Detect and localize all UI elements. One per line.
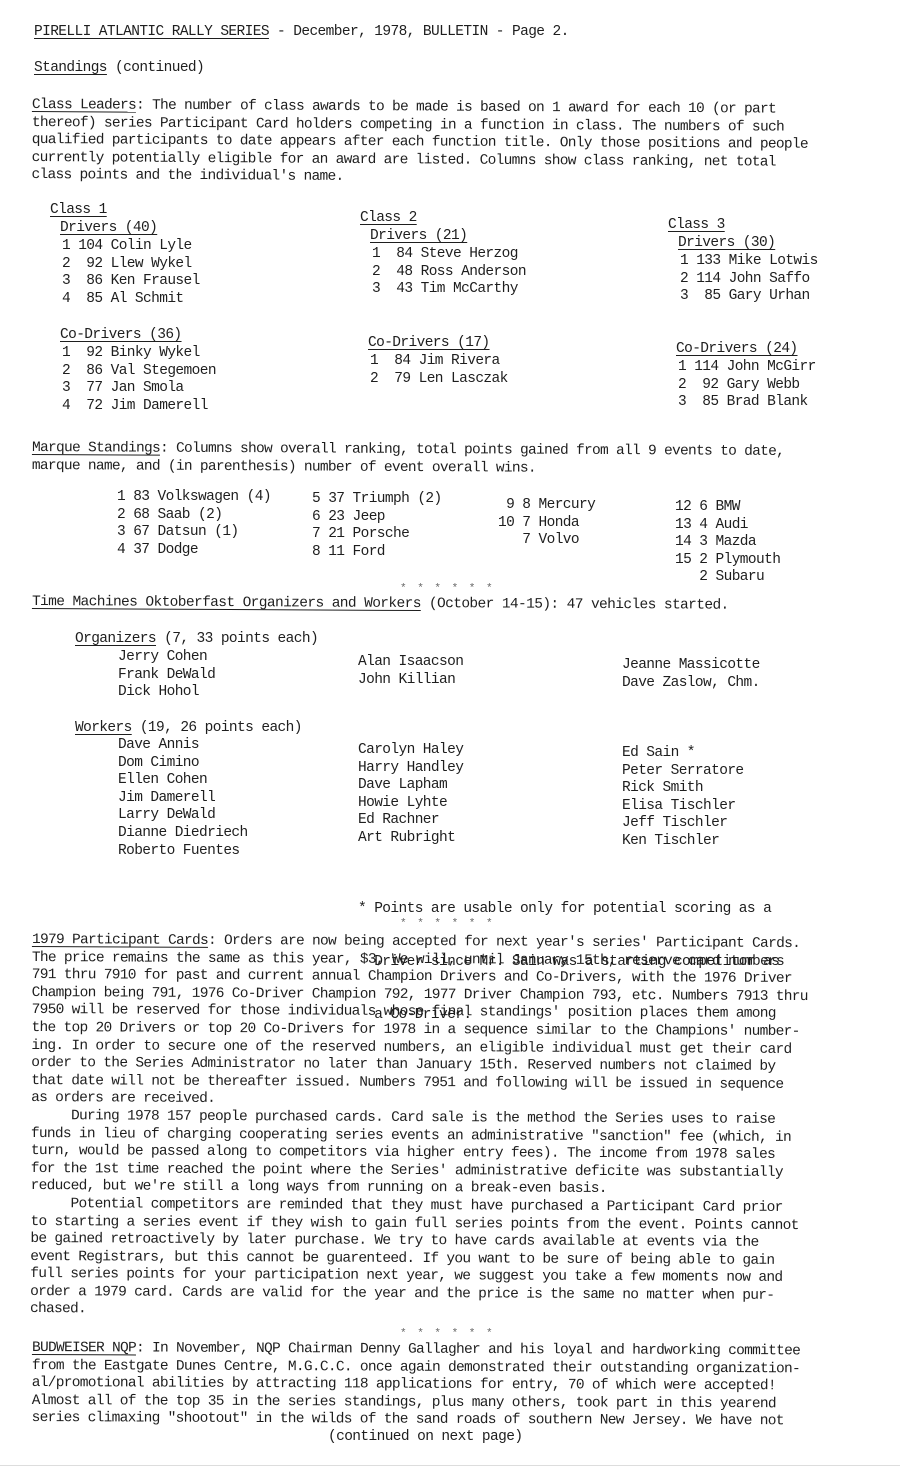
- codriver-entry: 3 85 Brad Blank: [678, 394, 816, 412]
- marque-entry: 15 2 Plymouth: [675, 552, 780, 570]
- budweiser-section: BUDWEISER NQP: In November, NQP Chairman…: [32, 1340, 892, 1432]
- worker-name: Harry Handley: [358, 760, 463, 778]
- worker-name: Ken Tischler: [622, 833, 744, 851]
- marque-entry: 5 37 Triumph (2): [312, 491, 442, 509]
- marque-entry: 3 67 Datsun (1): [117, 524, 271, 542]
- organizer-name: Frank DeWald: [118, 667, 215, 685]
- separator: * * * * * *: [400, 1328, 495, 1340]
- marque-entry: 14 3 Mazda: [675, 534, 780, 552]
- marque-entry: 2 68 Saab (2): [117, 507, 271, 525]
- codrivers-heading: Co-Drivers (24): [676, 341, 798, 357]
- marque-entry: 13 4 Audi: [675, 517, 780, 535]
- worker-name: Roberto Fuentes: [118, 843, 248, 861]
- worker-name: Art Rubright: [358, 830, 463, 848]
- worker-name: Howie Lyhte: [358, 795, 463, 813]
- marque-entry: 8 11 Ford: [312, 544, 442, 562]
- organizer-name: Alan Isaacson: [358, 654, 463, 672]
- codriver-entry: 1 84 Jim Rivera: [370, 353, 508, 371]
- worker-name: Ed Rachner: [358, 812, 463, 830]
- drivers-list: 1 84 Steve Herzog2 48 Ross Anderson3 43 …: [372, 246, 526, 299]
- driver-entry: 3 86 Ken Frausel: [62, 273, 200, 291]
- class-leaders-paragraph: Class Leaders: The number of class award…: [31, 97, 892, 190]
- driver-entry: 4 85 Al Schmit: [62, 291, 200, 309]
- participant-cards-section: 1979 Participant Cards: Orders are now b…: [30, 932, 892, 1324]
- driver-entry: 3 85 Gary Urhan: [680, 288, 818, 306]
- organizer-name: Jeanne Massicotte: [622, 657, 760, 675]
- class-title: Class 2: [360, 210, 417, 226]
- page-edge-rule: [0, 1465, 900, 1466]
- continued-note: (continued on next page): [328, 1429, 522, 1445]
- class-leaders-label: Class Leaders: [32, 97, 136, 114]
- worker-name: Dave Annis: [118, 737, 248, 755]
- codrivers-heading: Co-Drivers (17): [368, 335, 490, 351]
- worker-column: Dave AnnisDom CiminoEllen CohenJim Damer…: [118, 737, 248, 860]
- codrivers-heading: Co-Drivers (36): [60, 327, 182, 343]
- separator: * * * * * *: [400, 583, 495, 595]
- codriver-entry: 2 79 Len Lasczak: [370, 371, 508, 389]
- codriver-entry: 2 86 Val Stegemoen: [62, 363, 216, 381]
- drivers-heading: Drivers (30): [678, 235, 775, 251]
- worker-name: Dave Lapham: [358, 777, 463, 795]
- organizer-name: Dick Hohol: [118, 684, 215, 702]
- worker-name: Ellen Cohen: [118, 772, 248, 790]
- marque-column: 9 8 Mercury10 7 Honda 7 Volvo: [498, 497, 595, 550]
- marque-standings-label: Marque Standings: [32, 440, 160, 457]
- driver-entry: 1 84 Steve Herzog: [372, 246, 526, 264]
- organizer-column: Jerry CohenFrank DeWaldDick Hohol: [118, 649, 215, 702]
- page-header: PIRELLI ATLANTIC RALLY SERIES - December…: [34, 24, 569, 40]
- class-title: Class 1: [50, 202, 107, 218]
- participant-cards-label: 1979 Participant Cards: [32, 932, 208, 949]
- worker-name: Carolyn Haley: [358, 742, 463, 760]
- codrivers-list: 1 114 John McGirr2 92 Gary Webb3 85 Brad…: [678, 359, 816, 412]
- standings-heading: Standings (continued): [34, 60, 204, 76]
- marque-entry: 2 Subaru: [675, 569, 780, 587]
- series-name: PIRELLI ATLANTIC RALLY SERIES: [34, 24, 269, 40]
- worker-name: Jim Damerell: [118, 790, 248, 808]
- marque-column: 12 6 BMW13 4 Audi14 3 Mazda15 2 Plymouth…: [675, 499, 780, 587]
- worker-name: Ed Sain *: [622, 745, 744, 763]
- marque-entry: 1 83 Volkswagen (4): [117, 489, 271, 507]
- worker-name: Dianne Diedriech: [118, 825, 248, 843]
- workers-heading: Workers (19, 26 points each): [75, 720, 302, 736]
- marque-standings-paragraph: Marque Standings: Columns show overall r…: [32, 440, 892, 480]
- marque-column: 1 83 Volkswagen (4)2 68 Saab (2)3 67 Dat…: [117, 489, 271, 559]
- driver-entry: 3 43 Tim McCarthy: [372, 281, 526, 299]
- organizer-column: Jeanne MassicotteDave Zaslow, Chm.: [622, 657, 760, 692]
- time-machines-heading: Time Machines Oktoberfast Organizers and…: [32, 594, 729, 614]
- worker-name: Dom Cimino: [118, 755, 248, 773]
- organizer-name: John Killian: [358, 672, 463, 690]
- drivers-list: 1 104 Colin Lyle2 92 Llew Wykel3 86 Ken …: [62, 238, 200, 308]
- worker-name: Peter Serratore: [622, 763, 744, 781]
- organizer-name: Dave Zaslow, Chm.: [622, 675, 760, 693]
- budweiser-label: BUDWEISER NQP: [32, 1340, 136, 1356]
- codriver-entry: 1 92 Binky Wykel: [62, 345, 216, 363]
- codriver-entry: 4 72 Jim Damerell: [62, 398, 216, 416]
- organizers-heading: Organizers (7, 33 points each): [75, 631, 318, 647]
- driver-entry: 2 114 John Saffo: [680, 271, 818, 289]
- driver-entry: 2 48 Ross Anderson: [372, 264, 526, 282]
- drivers-heading: Drivers (21): [370, 228, 467, 244]
- marque-entry: 9 8 Mercury: [498, 497, 595, 515]
- organizer-column: Alan IsaacsonJohn Killian: [358, 654, 463, 689]
- issue-info: - December, 1978, BULLETIN - Page 2.: [269, 24, 569, 40]
- organizer-name: Jerry Cohen: [118, 649, 215, 667]
- marque-entry: 6 23 Jeep: [312, 509, 442, 527]
- codrivers-list: 1 92 Binky Wykel2 86 Val Stegemoen3 77 J…: [62, 345, 216, 415]
- worker-name: Elisa Tischler: [622, 798, 744, 816]
- marque-entry: 7 21 Porsche: [312, 526, 442, 544]
- marque-entry: 4 37 Dodge: [117, 542, 271, 560]
- driver-entry: 1 133 Mike Lotwis: [680, 253, 818, 271]
- worker-name: Rick Smith: [622, 780, 744, 798]
- driver-entry: 2 92 Llew Wykel: [62, 256, 200, 274]
- codriver-entry: 3 77 Jan Smola: [62, 380, 216, 398]
- marque-entry: 10 7 Honda: [498, 515, 595, 533]
- worker-column: Carolyn HaleyHarry HandleyDave LaphamHow…: [358, 742, 463, 848]
- separator: * * * * * *: [400, 918, 495, 930]
- codrivers-list: 1 84 Jim Rivera2 79 Len Lasczak: [370, 353, 508, 388]
- drivers-list: 1 133 Mike Lotwis2 114 John Saffo3 85 Ga…: [680, 253, 818, 306]
- codriver-entry: 1 114 John McGirr: [678, 359, 816, 377]
- class-title: Class 3: [668, 217, 725, 233]
- drivers-heading: Drivers (40): [60, 220, 157, 236]
- worker-column: Ed Sain *Peter SerratoreRick SmithElisa …: [622, 745, 744, 851]
- marque-entry: 7 Volvo: [498, 532, 595, 550]
- marque-column: 5 37 Triumph (2)6 23 Jeep7 21 Porsche8 1…: [312, 491, 442, 561]
- worker-name: Jeff Tischler: [622, 815, 744, 833]
- driver-entry: 1 104 Colin Lyle: [62, 238, 200, 256]
- codriver-entry: 2 92 Gary Webb: [678, 377, 816, 395]
- worker-name: Larry DeWald: [118, 807, 248, 825]
- marque-entry: 12 6 BMW: [675, 499, 780, 517]
